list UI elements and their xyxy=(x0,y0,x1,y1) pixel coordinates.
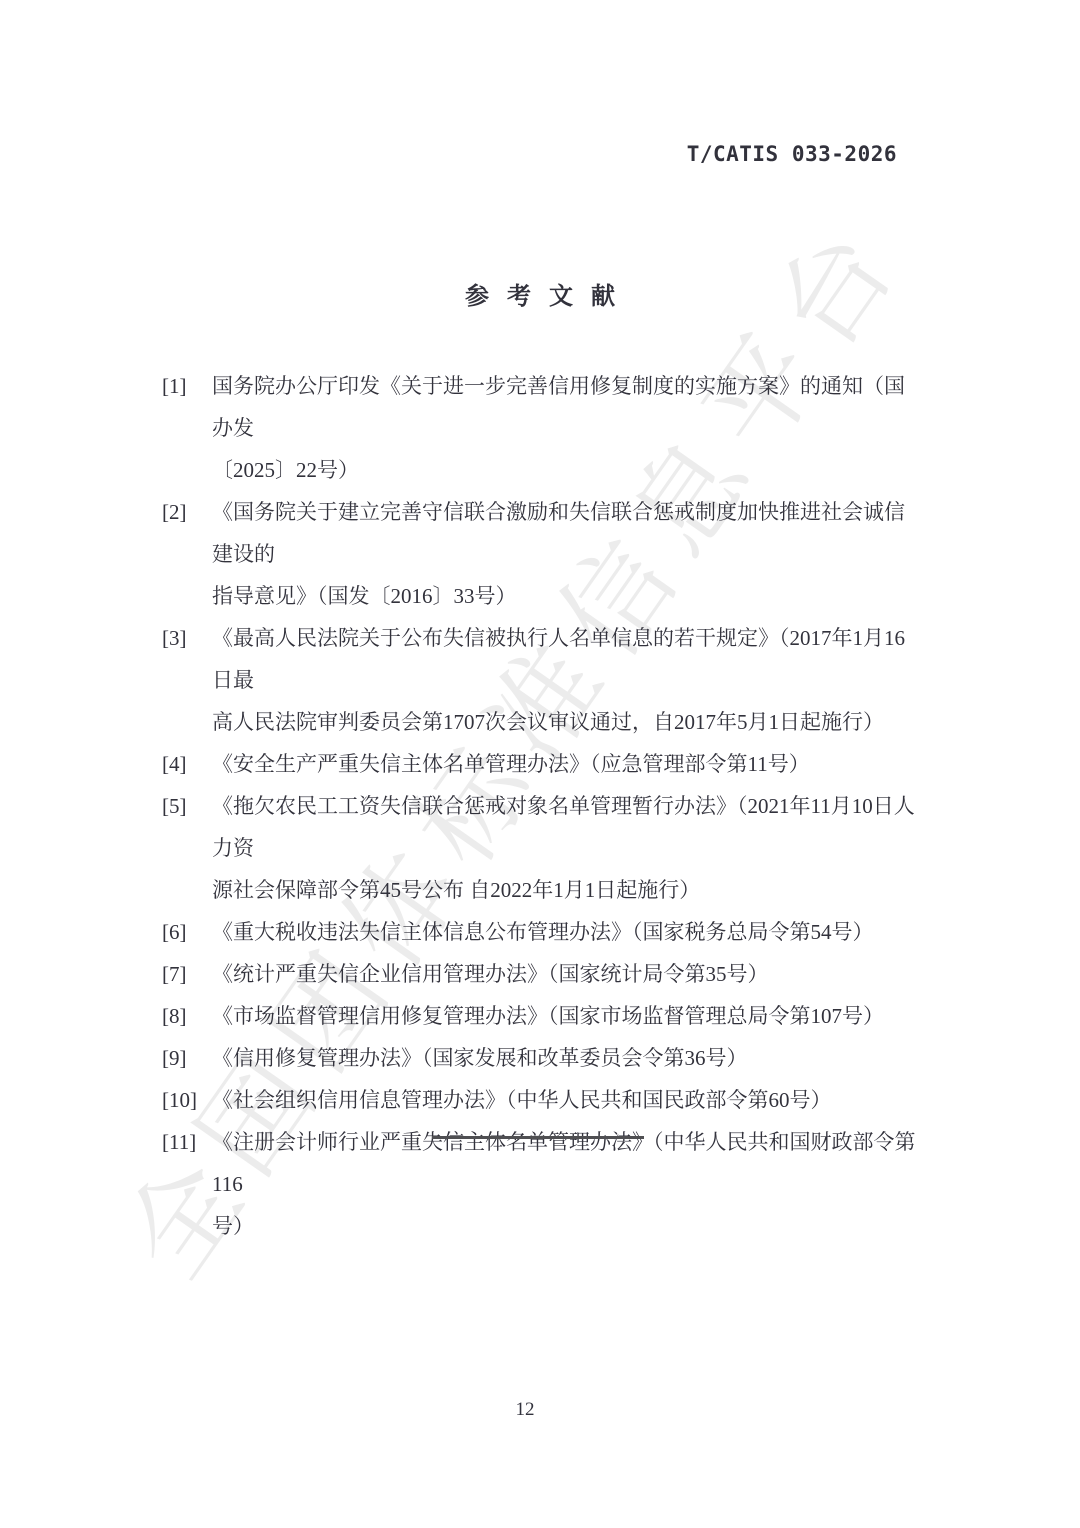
reference-number: [8] xyxy=(162,995,212,1037)
reference-text: 《社会组织信用信息管理办法》（中华人民共和国民政部令第60号） xyxy=(212,1079,918,1121)
reference-line: 《市场监督管理信用修复管理办法》（国家市场监督管理总局令第107号） xyxy=(212,995,918,1037)
reference-text: 《安全生产严重失信主体名单管理办法》（应急管理部令第11号） xyxy=(212,743,918,785)
reference-line: 高人民法院审判委员会第1707次会议审议通过，自2017年5月1日起施行） xyxy=(212,701,918,743)
reference-item: [3]《最高人民法院关于公布失信被执行人名单信息的若干规定》（2017年1月16… xyxy=(162,617,918,743)
standard-code: T/CATIS 033-2026 xyxy=(687,142,897,166)
reference-number: [1] xyxy=(162,365,212,407)
section-divider xyxy=(432,1136,644,1139)
reference-text: 《市场监督管理信用修复管理办法》（国家市场监督管理总局令第107号） xyxy=(212,995,918,1037)
reference-line: 《重大税收违法失信主体信息公布管理办法》（国家税务总局令第54号） xyxy=(212,911,918,953)
reference-item: [6]《重大税收违法失信主体信息公布管理办法》（国家税务总局令第54号） xyxy=(162,911,918,953)
reference-text: 《最高人民法院关于公布失信被执行人名单信息的若干规定》（2017年1月16日最高… xyxy=(212,617,918,743)
reference-text: 《重大税收违法失信主体信息公布管理办法》（国家税务总局令第54号） xyxy=(212,911,918,953)
reference-item: [4]《安全生产严重失信主体名单管理办法》（应急管理部令第11号） xyxy=(162,743,918,785)
reference-line: 《注册会计师行业严重失信主体名单管理办法》（中华人民共和国财政部令第116 xyxy=(212,1121,918,1205)
reference-item: [11]《注册会计师行业严重失信主体名单管理办法》（中华人民共和国财政部令第11… xyxy=(162,1121,918,1247)
reference-item: [2]《国务院关于建立完善守信联合激励和失信联合惩戒制度加快推进社会诚信建设的指… xyxy=(162,491,918,617)
reference-number: [9] xyxy=(162,1037,212,1079)
reference-item: [8]《市场监督管理信用修复管理办法》（国家市场监督管理总局令第107号） xyxy=(162,995,918,1037)
reference-line: 源社会保障部令第45号公布 自2022年1月1日起施行） xyxy=(212,869,918,911)
reference-line: 号） xyxy=(212,1205,918,1247)
reference-line: 《国务院关于建立完善守信联合激励和失信联合惩戒制度加快推进社会诚信建设的 xyxy=(212,491,918,575)
reference-text: 《统计严重失信企业信用管理办法》（国家统计局令第35号） xyxy=(212,953,918,995)
reference-text: 《国务院关于建立完善守信联合激励和失信联合惩戒制度加快推进社会诚信建设的指导意见… xyxy=(212,491,918,617)
reference-item: [10]《社会组织信用信息管理办法》（中华人民共和国民政部令第60号） xyxy=(162,1079,918,1121)
reference-text: 《拖欠农民工工资失信联合惩戒对象名单管理暂行办法》（2021年11月10日人力资… xyxy=(212,785,918,911)
reference-number: [4] xyxy=(162,743,212,785)
reference-text: 《注册会计师行业严重失信主体名单管理办法》（中华人民共和国财政部令第116号） xyxy=(212,1121,918,1247)
reference-line: 〔2025〕22号） xyxy=(212,449,918,491)
reference-number: [3] xyxy=(162,617,212,659)
reference-number: [6] xyxy=(162,911,212,953)
reference-line: 国务院办公厅印发《关于进一步完善信用修复制度的实施方案》的通知（国办发 xyxy=(212,365,918,449)
reference-line: 《拖欠农民工工资失信联合惩戒对象名单管理暂行办法》（2021年11月10日人力资 xyxy=(212,785,918,869)
reference-item: [1]国务院办公厅印发《关于进一步完善信用修复制度的实施方案》的通知（国办发〔2… xyxy=(162,365,918,491)
reference-number: [11] xyxy=(162,1121,212,1163)
reference-line: 《最高人民法院关于公布失信被执行人名单信息的若干规定》（2017年1月16日最 xyxy=(212,617,918,701)
reference-line: 《统计严重失信企业信用管理办法》（国家统计局令第35号） xyxy=(212,953,918,995)
reference-text: 《信用修复管理办法》（国家发展和改革委员会令第36号） xyxy=(212,1037,918,1079)
reference-number: [10] xyxy=(162,1079,212,1121)
reference-number: [2] xyxy=(162,491,212,533)
references-title: 参考文献 xyxy=(0,276,1080,311)
reference-item: [9]《信用修复管理办法》（国家发展和改革委员会令第36号） xyxy=(162,1037,918,1079)
reference-item: [7]《统计严重失信企业信用管理办法》（国家统计局令第35号） xyxy=(162,953,918,995)
reference-line: 《信用修复管理办法》（国家发展和改革委员会令第36号） xyxy=(212,1037,918,1079)
reference-item: [5]《拖欠农民工工资失信联合惩戒对象名单管理暂行办法》（2021年11月10日… xyxy=(162,785,918,911)
reference-number: [5] xyxy=(162,785,212,827)
page-number: 12 xyxy=(465,1399,585,1421)
reference-line: 指导意见》（国发〔2016〕33号） xyxy=(212,575,918,617)
reference-number: [7] xyxy=(162,953,212,995)
reference-line: 《安全生产严重失信主体名单管理办法》（应急管理部令第11号） xyxy=(212,743,918,785)
references-list: [1]国务院办公厅印发《关于进一步完善信用修复制度的实施方案》的通知（国办发〔2… xyxy=(162,365,918,1247)
reference-line: 《社会组织信用信息管理办法》（中华人民共和国民政部令第60号） xyxy=(212,1079,918,1121)
document-page: 全国团体标准信息平台 T/CATIS 033-2026 参考文献 [1]国务院办… xyxy=(0,0,1080,1528)
reference-text: 国务院办公厅印发《关于进一步完善信用修复制度的实施方案》的通知（国办发〔2025… xyxy=(212,365,918,491)
